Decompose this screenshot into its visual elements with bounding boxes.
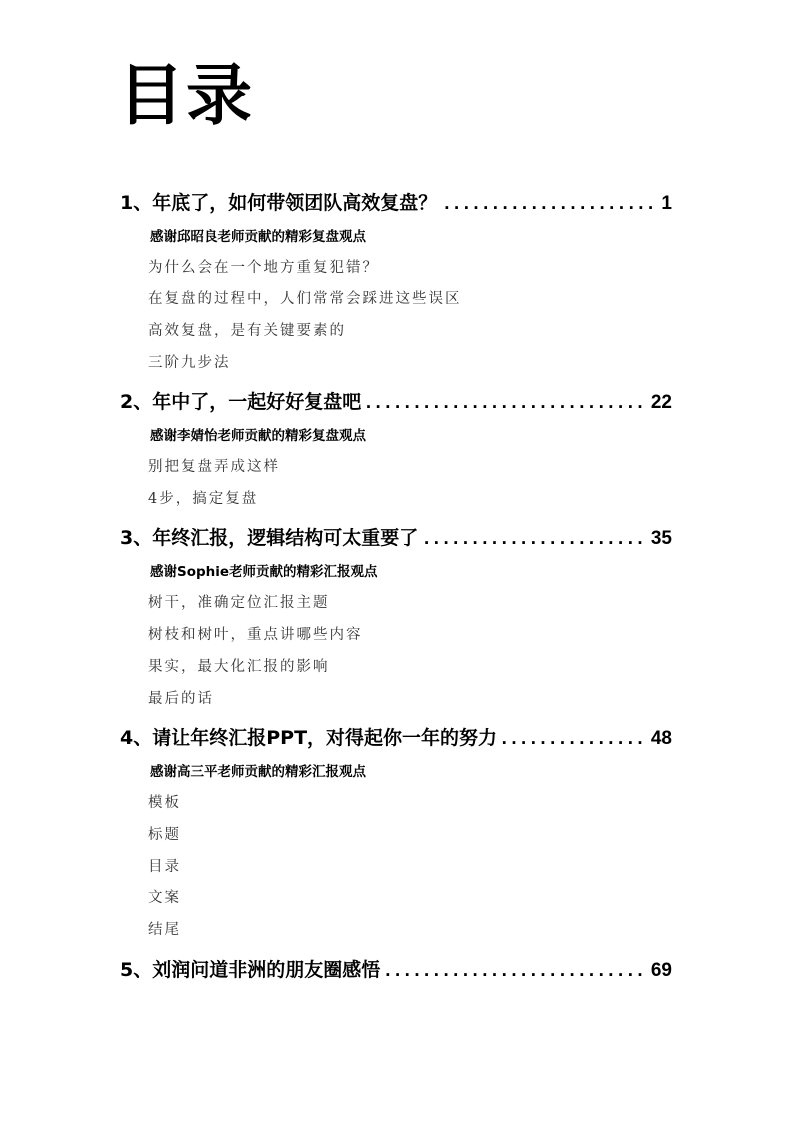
- toc-item[interactable]: 在复盘的过程中，人们常常会踩进这些误区: [148, 289, 462, 309]
- toc-item[interactable]: 4步，搞定复盘: [148, 489, 258, 509]
- toc-contributor-2[interactable]: 感谢李婧怡老师贡献的精彩复盘观点: [150, 426, 366, 446]
- toc-heading-title: 2、年中了，一起好好复盘吧: [120, 389, 365, 415]
- toc-item[interactable]: 结尾: [148, 920, 181, 940]
- toc-item[interactable]: 果实，最大化汇报的影响: [148, 657, 330, 677]
- toc-item[interactable]: 标题: [148, 825, 181, 845]
- toc-page-number: 48: [647, 726, 672, 752]
- toc-item[interactable]: 为什么会在一个地方重复犯错？: [148, 258, 379, 278]
- toc-contributor-4[interactable]: 感谢高三平老师贡献的精彩汇报观点: [150, 762, 366, 782]
- toc-page-number: 22: [647, 390, 672, 416]
- toc-heading-3[interactable]: 3、年终汇报，逻辑结构可太重要了 .......................…: [120, 525, 672, 551]
- toc-item[interactable]: 别把复盘弄成这样: [148, 457, 280, 477]
- toc-item[interactable]: 树干，准确定位汇报主题: [148, 593, 330, 613]
- toc-page-number: 1: [657, 191, 672, 217]
- toc-heading-2[interactable]: 2、年中了，一起好好复盘吧 ..........................…: [120, 389, 672, 415]
- toc-item[interactable]: 树枝和树叶，重点讲哪些内容: [148, 625, 363, 645]
- toc-page-number: 35: [647, 526, 672, 552]
- toc-item[interactable]: 模板: [148, 793, 181, 813]
- toc-heading-1[interactable]: 1、年底了，如何带领团队高效复盘？ ......................…: [120, 190, 672, 216]
- toc-page-number: 69: [647, 958, 672, 984]
- toc-leader-dots: ........................................…: [422, 526, 647, 552]
- toc-heading-title: 5、刘润问道非洲的朋友圈感悟: [120, 957, 384, 983]
- toc-heading-title: 4、请让年终汇报PPT，对得起你一年的努力: [120, 725, 501, 751]
- page-title: 目录: [118, 58, 254, 132]
- toc-leader-dots: ........................................…: [365, 390, 647, 416]
- toc-leader-dots: ........................................…: [441, 191, 657, 217]
- toc-item[interactable]: 目录: [148, 857, 181, 877]
- toc-contributor-1[interactable]: 感谢邱昭良老师贡献的精彩复盘观点: [150, 227, 366, 247]
- toc-heading-5[interactable]: 5、刘润问道非洲的朋友圈感悟 .........................…: [120, 957, 672, 983]
- toc-leader-dots: ........................................…: [501, 726, 647, 752]
- toc-heading-title: 3、年终汇报，逻辑结构可太重要了: [120, 525, 422, 551]
- toc-item[interactable]: 文案: [148, 888, 181, 908]
- toc-contributor-3[interactable]: 感谢Sophie老师贡献的精彩汇报观点: [150, 562, 378, 582]
- toc-heading-4[interactable]: 4、请让年终汇报PPT，对得起你一年的努力 ..................…: [120, 725, 672, 751]
- toc-item[interactable]: 最后的话: [148, 689, 214, 709]
- toc-item[interactable]: 三阶九步法: [148, 353, 231, 373]
- toc-heading-title: 1、年底了，如何带领团队高效复盘？: [120, 190, 441, 216]
- toc-leader-dots: ........................................…: [384, 958, 647, 984]
- toc-item[interactable]: 高效复盘，是有关键要素的: [148, 321, 346, 341]
